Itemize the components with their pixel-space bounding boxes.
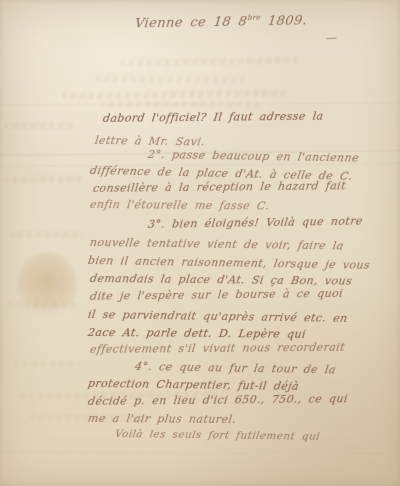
date-text: Vienne ce 18 8 <box>134 14 248 31</box>
bleed-through-mark <box>120 56 300 66</box>
bleed-through-mark <box>62 89 287 99</box>
handwritten-line: me a l'air plus naturel. <box>87 412 237 426</box>
date-year: 1809. <box>259 13 308 29</box>
handwritten-line: protection Charpentier, fut-il déjà <box>87 377 300 393</box>
bleed-through-mark <box>4 176 84 184</box>
bleed-through-mark <box>95 75 245 84</box>
handwritten-line: Voilà les seuls fort futilement qui <box>114 428 321 443</box>
handwritten-line: demandais la place d'At. Si ça Bon, vous <box>89 272 353 288</box>
handwritten-line: effectivement s'il vivait nous recordera… <box>89 341 346 356</box>
handwritten-line: 2ace At. parle dett. D. Lepère qui <box>87 326 307 341</box>
handwritten-line: bien il ancien raisonnement, lorsque je … <box>87 254 371 272</box>
handwritten-line: enfin l'étourelle me fasse C. <box>89 198 270 213</box>
bleed-through-mark <box>4 122 76 129</box>
letter-page: Vienne ce 18 8bre 1809. — dabord l'offic… <box>0 0 400 486</box>
date-line: Vienne ce 18 8bre 1809. <box>134 13 308 31</box>
handwritten-line: conseillère à la réception le hazard fai… <box>92 179 347 195</box>
handwritten-line: 2°. passe beaucoup en l'ancienne <box>147 148 360 165</box>
bleed-through-mark <box>100 100 260 108</box>
handwritten-line: lettre à Mr. Savi. <box>94 134 206 149</box>
handwritten-line: 4°. ce que au fur la tour de la <box>134 360 337 376</box>
handwritten-line: 3°. bien éloignés! Voilà que notre <box>147 215 363 231</box>
bleed-through-mark <box>9 231 83 238</box>
bleed-through-mark <box>14 360 80 367</box>
handwritten-line: il se parviendrait qu'après arrivé etc. … <box>87 308 349 325</box>
pen-dash: — <box>326 31 338 45</box>
handwritten-line: dite je l'espère sur le bourse à ce quoi <box>89 287 344 303</box>
fold-crease <box>0 451 400 456</box>
handwritten-line: décidé p. en lieu d'ici 650., 750., ce q… <box>87 392 349 408</box>
bleed-through-mark <box>7 301 77 309</box>
handwritten-line: nouvelle tentative vient de voir, faire … <box>89 236 345 253</box>
handwritten-line: dabord l'officiel? Il faut adresse la <box>102 110 324 125</box>
